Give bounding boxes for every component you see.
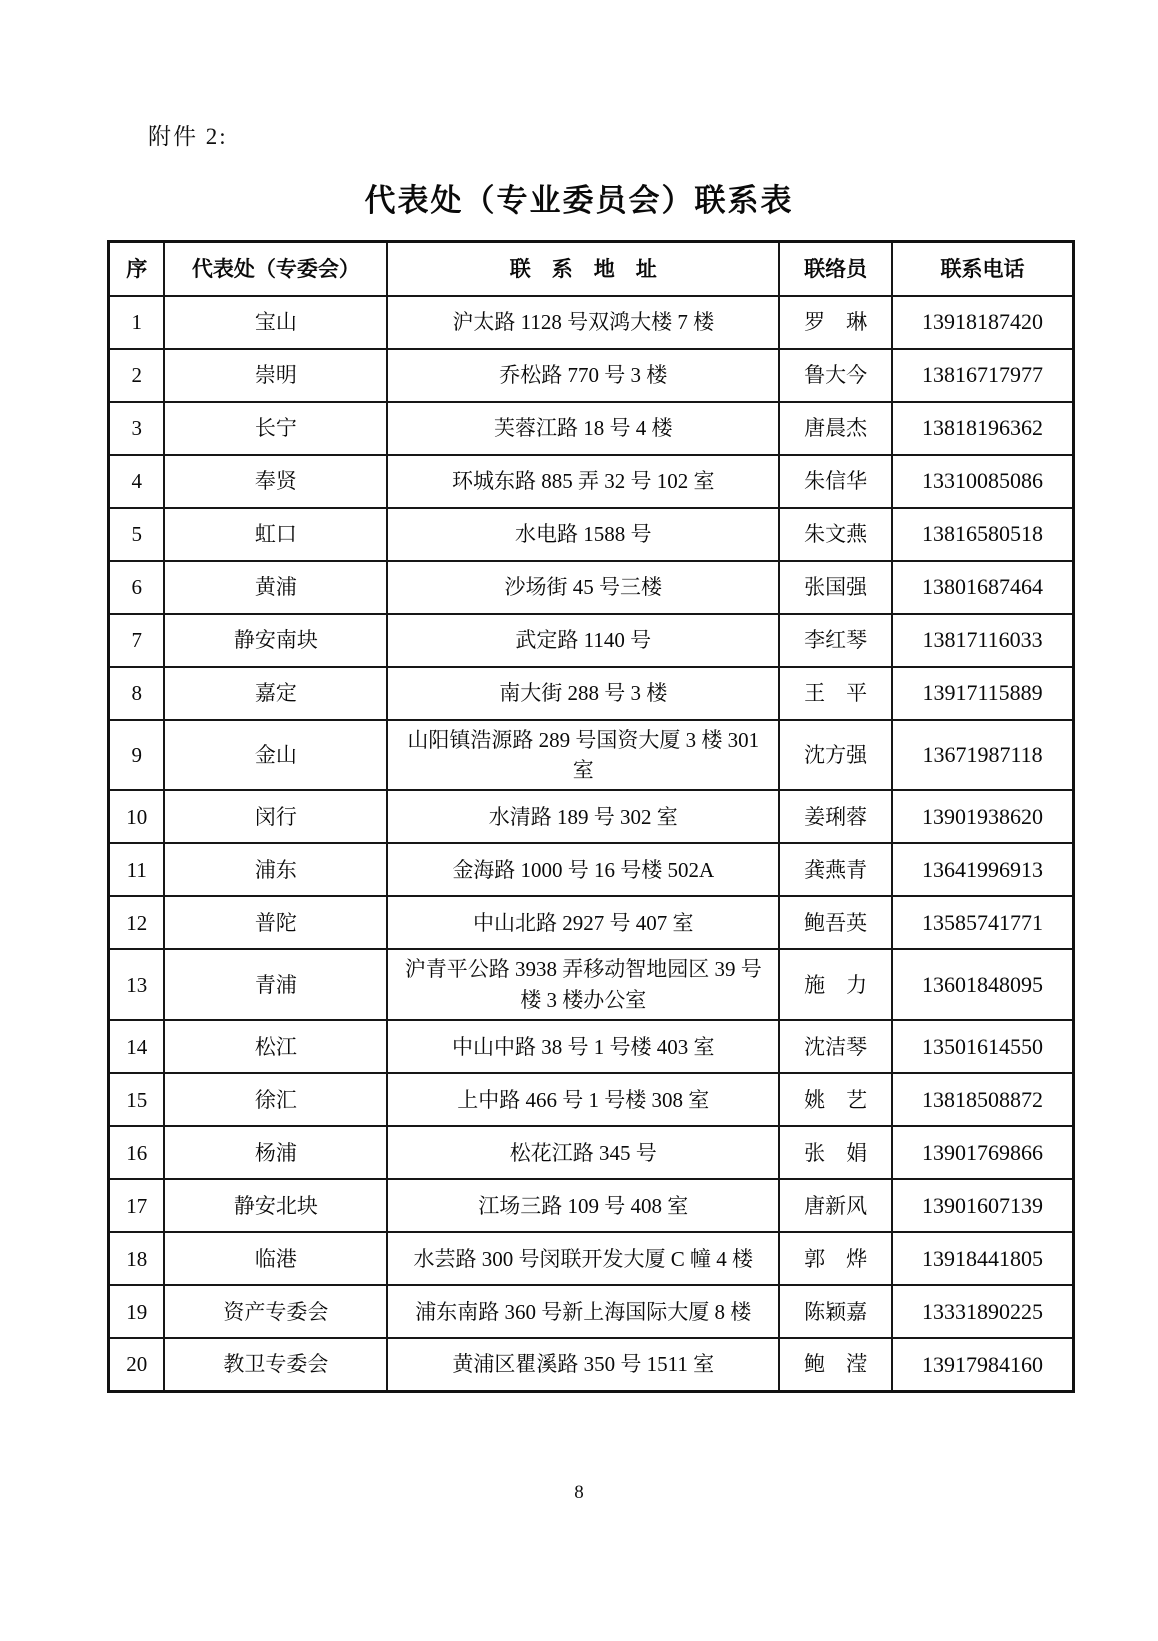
- cell-liaison: 朱信华: [779, 455, 892, 508]
- cell-no: 8: [109, 667, 165, 720]
- cell-office: 闵行: [164, 790, 387, 843]
- header-address: 联 系 地 址: [387, 242, 779, 296]
- cell-address: 沙场街 45 号三楼: [387, 561, 779, 614]
- cell-office: 临港: [164, 1232, 387, 1285]
- cell-address: 中山中路 38 号 1 号楼 403 室: [387, 1020, 779, 1073]
- cell-phone: 13601848095: [892, 949, 1073, 1020]
- cell-no: 16: [109, 1126, 165, 1179]
- cell-phone: 13901938620: [892, 790, 1073, 843]
- table-row: 16 杨浦 松花江路 345 号 张 娟 13901769866: [109, 1126, 1074, 1179]
- cell-office: 静安南块: [164, 614, 387, 667]
- cell-address: 山阳镇浩源路 289 号国资大厦 3 楼 301 室: [387, 720, 779, 791]
- cell-no: 13: [109, 949, 165, 1020]
- cell-no: 2: [109, 349, 165, 402]
- header-office: 代表处（专委会）: [164, 242, 387, 296]
- table-header-row: 序 代表处（专委会） 联 系 地 址 联络员 联系电话: [109, 242, 1074, 296]
- table-row: 11 浦东 金海路 1000 号 16 号楼 502A 龚燕青 13641996…: [109, 843, 1074, 896]
- cell-office: 静安北块: [164, 1179, 387, 1232]
- table-row: 17 静安北块 江场三路 109 号 408 室 唐新风 13901607139: [109, 1179, 1074, 1232]
- table-body: 1 宝山 沪太路 1128 号双鸿大楼 7 楼 罗 琳 13918187420 …: [109, 296, 1074, 1392]
- cell-liaison: 陈颖嘉: [779, 1285, 892, 1338]
- cell-address: 松花江路 345 号: [387, 1126, 779, 1179]
- cell-address: 金海路 1000 号 16 号楼 502A: [387, 843, 779, 896]
- cell-no: 11: [109, 843, 165, 896]
- cell-liaison: 王 平: [779, 667, 892, 720]
- cell-liaison: 张国强: [779, 561, 892, 614]
- table-row: 19 资产专委会 浦东南路 360 号新上海国际大厦 8 楼 陈颖嘉 13331…: [109, 1285, 1074, 1338]
- table-row: 2 崇明 乔松路 770 号 3 楼 鲁大今 13816717977: [109, 349, 1074, 402]
- cell-phone: 13901769866: [892, 1126, 1073, 1179]
- cell-office: 浦东: [164, 843, 387, 896]
- table-row: 20 教卫专委会 黄浦区瞿溪路 350 号 1511 室 鲍 滢 1391798…: [109, 1338, 1074, 1391]
- cell-office: 杨浦: [164, 1126, 387, 1179]
- cell-liaison: 罗 琳: [779, 296, 892, 349]
- cell-no: 18: [109, 1232, 165, 1285]
- table-row: 3 长宁 芙蓉江路 18 号 4 楼 唐晨杰 13818196362: [109, 402, 1074, 455]
- cell-liaison: 施 力: [779, 949, 892, 1020]
- cell-liaison: 鲍吾英: [779, 896, 892, 949]
- cell-no: 10: [109, 790, 165, 843]
- cell-no: 12: [109, 896, 165, 949]
- cell-liaison: 鲍 滢: [779, 1338, 892, 1391]
- cell-office: 虹口: [164, 508, 387, 561]
- table-row: 5 虹口 水电路 1588 号 朱文燕 13816580518: [109, 508, 1074, 561]
- cell-address: 水芸路 300 号闵联开发大厦 C 幢 4 楼: [387, 1232, 779, 1285]
- cell-liaison: 姜琍蓉: [779, 790, 892, 843]
- cell-liaison: 张 娟: [779, 1126, 892, 1179]
- cell-phone: 13917984160: [892, 1338, 1073, 1391]
- cell-address: 黄浦区瞿溪路 350 号 1511 室: [387, 1338, 779, 1391]
- table-row: 8 嘉定 南大街 288 号 3 楼 王 平 13917115889: [109, 667, 1074, 720]
- cell-no: 15: [109, 1073, 165, 1126]
- cell-liaison: 李红琴: [779, 614, 892, 667]
- table-row: 13 青浦 沪青平公路 3938 弄移动智地园区 39 号楼 3 楼办公室 施 …: [109, 949, 1074, 1020]
- cell-no: 20: [109, 1338, 165, 1391]
- cell-phone: 13917115889: [892, 667, 1073, 720]
- cell-liaison: 朱文燕: [779, 508, 892, 561]
- table-row: 1 宝山 沪太路 1128 号双鸿大楼 7 楼 罗 琳 13918187420: [109, 296, 1074, 349]
- table-row: 9 金山 山阳镇浩源路 289 号国资大厦 3 楼 301 室 沈方强 1367…: [109, 720, 1074, 791]
- cell-address: 南大街 288 号 3 楼: [387, 667, 779, 720]
- cell-liaison: 姚 艺: [779, 1073, 892, 1126]
- cell-phone: 13818508872: [892, 1073, 1073, 1126]
- cell-address: 环城东路 885 弄 32 号 102 室: [387, 455, 779, 508]
- cell-address: 水电路 1588 号: [387, 508, 779, 561]
- table-row: 4 奉贤 环城东路 885 弄 32 号 102 室 朱信华 133100850…: [109, 455, 1074, 508]
- cell-office: 奉贤: [164, 455, 387, 508]
- cell-no: 19: [109, 1285, 165, 1338]
- cell-no: 1: [109, 296, 165, 349]
- cell-address: 乔松路 770 号 3 楼: [387, 349, 779, 402]
- cell-phone: 13585741771: [892, 896, 1073, 949]
- cell-liaison: 龚燕青: [779, 843, 892, 896]
- cell-office: 宝山: [164, 296, 387, 349]
- attachment-label: 附件 2:: [148, 118, 228, 151]
- cell-office: 金山: [164, 720, 387, 791]
- cell-phone: 13641996913: [892, 843, 1073, 896]
- cell-phone: 13331890225: [892, 1285, 1073, 1338]
- table-row: 14 松江 中山中路 38 号 1 号楼 403 室 沈洁琴 135016145…: [109, 1020, 1074, 1073]
- cell-office: 崇明: [164, 349, 387, 402]
- cell-no: 7: [109, 614, 165, 667]
- table-row: 12 普陀 中山北路 2927 号 407 室 鲍吾英 13585741771: [109, 896, 1074, 949]
- cell-liaison: 唐晨杰: [779, 402, 892, 455]
- cell-phone: 13817116033: [892, 614, 1073, 667]
- cell-address: 沪太路 1128 号双鸿大楼 7 楼: [387, 296, 779, 349]
- cell-phone: 13816717977: [892, 349, 1073, 402]
- cell-office: 徐汇: [164, 1073, 387, 1126]
- cell-liaison: 沈洁琴: [779, 1020, 892, 1073]
- cell-address: 江场三路 109 号 408 室: [387, 1179, 779, 1232]
- header-phone: 联系电话: [892, 242, 1073, 296]
- table-row: 18 临港 水芸路 300 号闵联开发大厦 C 幢 4 楼 郭 烨 139184…: [109, 1232, 1074, 1285]
- cell-no: 17: [109, 1179, 165, 1232]
- cell-address: 沪青平公路 3938 弄移动智地园区 39 号楼 3 楼办公室: [387, 949, 779, 1020]
- cell-address: 上中路 466 号 1 号楼 308 室: [387, 1073, 779, 1126]
- cell-address: 芙蓉江路 18 号 4 楼: [387, 402, 779, 455]
- cell-address: 武定路 1140 号: [387, 614, 779, 667]
- cell-address: 中山北路 2927 号 407 室: [387, 896, 779, 949]
- cell-no: 6: [109, 561, 165, 614]
- cell-phone: 13501614550: [892, 1020, 1073, 1073]
- cell-no: 4: [109, 455, 165, 508]
- cell-liaison: 郭 烨: [779, 1232, 892, 1285]
- cell-no: 3: [109, 402, 165, 455]
- cell-office: 黄浦: [164, 561, 387, 614]
- table-row: 7 静安南块 武定路 1140 号 李红琴 13817116033: [109, 614, 1074, 667]
- cell-no: 5: [109, 508, 165, 561]
- contact-table: 序 代表处（专委会） 联 系 地 址 联络员 联系电话 1 宝山 沪太路 112…: [107, 240, 1075, 1393]
- cell-phone: 13901607139: [892, 1179, 1073, 1232]
- cell-no: 14: [109, 1020, 165, 1073]
- cell-phone: 13801687464: [892, 561, 1073, 614]
- cell-office: 资产专委会: [164, 1285, 387, 1338]
- document-page: 附件 2: 代表处（专业委员会）联系表 序 代表处（专委会） 联 系 地 址 联…: [0, 0, 1158, 1641]
- cell-liaison: 唐新风: [779, 1179, 892, 1232]
- cell-phone: 13918187420: [892, 296, 1073, 349]
- cell-address: 浦东南路 360 号新上海国际大厦 8 楼: [387, 1285, 779, 1338]
- header-liaison: 联络员: [779, 242, 892, 296]
- table-row: 6 黄浦 沙场街 45 号三楼 张国强 13801687464: [109, 561, 1074, 614]
- cell-office: 青浦: [164, 949, 387, 1020]
- cell-office: 普陀: [164, 896, 387, 949]
- header-no: 序: [109, 242, 165, 296]
- page-title: 代表处（专业委员会）联系表: [0, 175, 1158, 220]
- cell-phone: 13818196362: [892, 402, 1073, 455]
- cell-liaison: 沈方强: [779, 720, 892, 791]
- cell-phone: 13310085086: [892, 455, 1073, 508]
- cell-liaison: 鲁大今: [779, 349, 892, 402]
- cell-office: 嘉定: [164, 667, 387, 720]
- page-number: 8: [0, 1482, 1158, 1504]
- cell-address: 水清路 189 号 302 室: [387, 790, 779, 843]
- table-row: 15 徐汇 上中路 466 号 1 号楼 308 室 姚 艺 138185088…: [109, 1073, 1074, 1126]
- table-row: 10 闵行 水清路 189 号 302 室 姜琍蓉 13901938620: [109, 790, 1074, 843]
- cell-phone: 13816580518: [892, 508, 1073, 561]
- cell-no: 9: [109, 720, 165, 791]
- cell-phone: 13671987118: [892, 720, 1073, 791]
- cell-phone: 13918441805: [892, 1232, 1073, 1285]
- cell-office: 松江: [164, 1020, 387, 1073]
- cell-office: 教卫专委会: [164, 1338, 387, 1391]
- cell-office: 长宁: [164, 402, 387, 455]
